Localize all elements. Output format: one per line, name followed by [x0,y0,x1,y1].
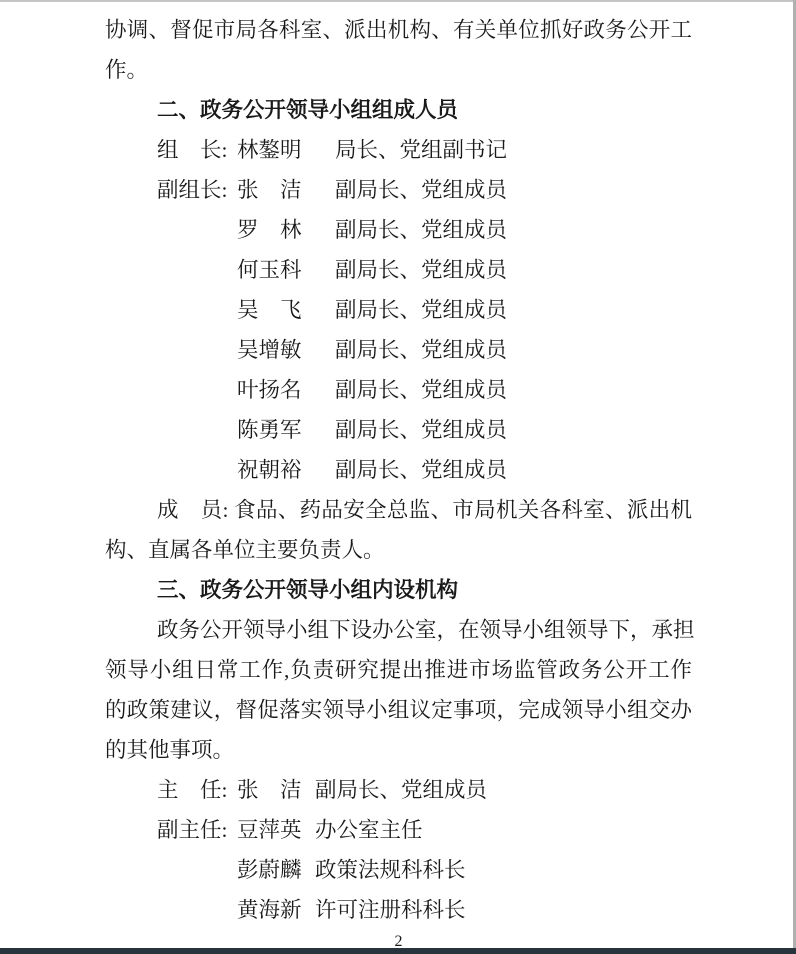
person-name: 陈勇军 [237,410,335,450]
roster-row: 主 任:张 洁副局长、党组成员 [105,770,692,810]
roster-row: 罗 林副局长、党组成员 [105,210,692,250]
person-name: 彭蔚麟 [237,850,315,890]
page-border-bottom [0,948,796,954]
person-name: 豆萍英 [237,810,315,850]
person-title: 政策法规科科长 [315,850,466,890]
person-title: 副局长、党组成员 [315,770,487,810]
section-2-heading: 二、政务公开领导小组组成人员 [105,90,692,130]
person-name: 林鏊明 [237,130,335,170]
roster-row: 副组长:张 洁副局长、党组成员 [105,170,692,210]
role-label: 副组长: [157,170,237,210]
roster-row: 彭蔚麟政策法规科科长 [105,850,692,890]
body-line: 协调、督促市局各科室、派出机构、有关单位抓好政务公开工 [105,10,692,50]
roster-row: 吴 飞副局长、党组成员 [105,290,692,330]
page-border-top [0,0,796,2]
person-title: 办公室主任 [315,810,423,850]
person-title: 副局长、党组成员 [335,370,507,410]
roster-row: 副主任:豆萍英办公室主任 [105,810,692,850]
person-title: 副局长、党组成员 [335,410,507,450]
person-title: 许可注册科科长 [315,890,466,930]
roster-row: 组 长:林鏊明局长、党组副书记 [105,130,692,170]
person-name: 罗 林 [237,210,335,250]
roster-row: 黄海新许可注册科科长 [105,890,692,930]
body-line: 政务公开领导小组下设办公室，在领导小组领导下，承担 [105,610,692,650]
person-title: 副局长、党组成员 [335,250,507,290]
person-name: 黄海新 [237,890,315,930]
role-label: 主 任: [157,770,237,810]
document-page: 协调、督促市局各科室、派出机构、有关单位抓好政务公开工 作。 二、政务公开领导小… [0,0,796,954]
roster-row: 何玉科副局长、党组成员 [105,250,692,290]
body-line: 的政策建议，督促落实领导小组议定事项，完成领导小组交办 [105,690,692,730]
roster-row: 吴增敏副局长、党组成员 [105,330,692,370]
members-line: 构、直属各单位主要负责人。 [105,530,692,570]
person-name: 张 洁 [237,770,315,810]
person-name: 吴增敏 [237,330,335,370]
body-line: 作。 [105,50,692,90]
person-title: 局长、党组副书记 [335,130,507,170]
person-title: 副局长、党组成员 [335,450,507,490]
role-label: 组 长: [157,130,237,170]
roster-row: 祝朝裕副局长、党组成员 [105,450,692,490]
section-3-heading: 三、政务公开领导小组内设机构 [105,570,692,610]
members-line: 成 员: 食品、药品安全总监、市局机关各科室、派出机 [105,490,692,530]
person-title: 副局长、党组成员 [335,330,507,370]
person-name: 吴 飞 [237,290,335,330]
role-label: 副主任: [157,810,237,850]
person-name: 祝朝裕 [237,450,335,490]
person-name: 张 洁 [237,170,335,210]
person-title: 副局长、党组成员 [335,210,507,250]
body-line: 的其他事项。 [105,730,692,770]
person-name: 何玉科 [237,250,335,290]
roster-row: 陈勇军副局长、党组成员 [105,410,692,450]
person-title: 副局长、党组成员 [335,290,507,330]
body-line: 领导小组日常工作,负责研究提出推进市场监管政务公开工作 [105,650,692,690]
roster-row: 叶扬名副局长、党组成员 [105,370,692,410]
person-name: 叶扬名 [237,370,335,410]
document-body: 协调、督促市局各科室、派出机构、有关单位抓好政务公开工 作。 二、政务公开领导小… [105,0,692,954]
person-title: 副局长、党组成员 [335,170,507,210]
